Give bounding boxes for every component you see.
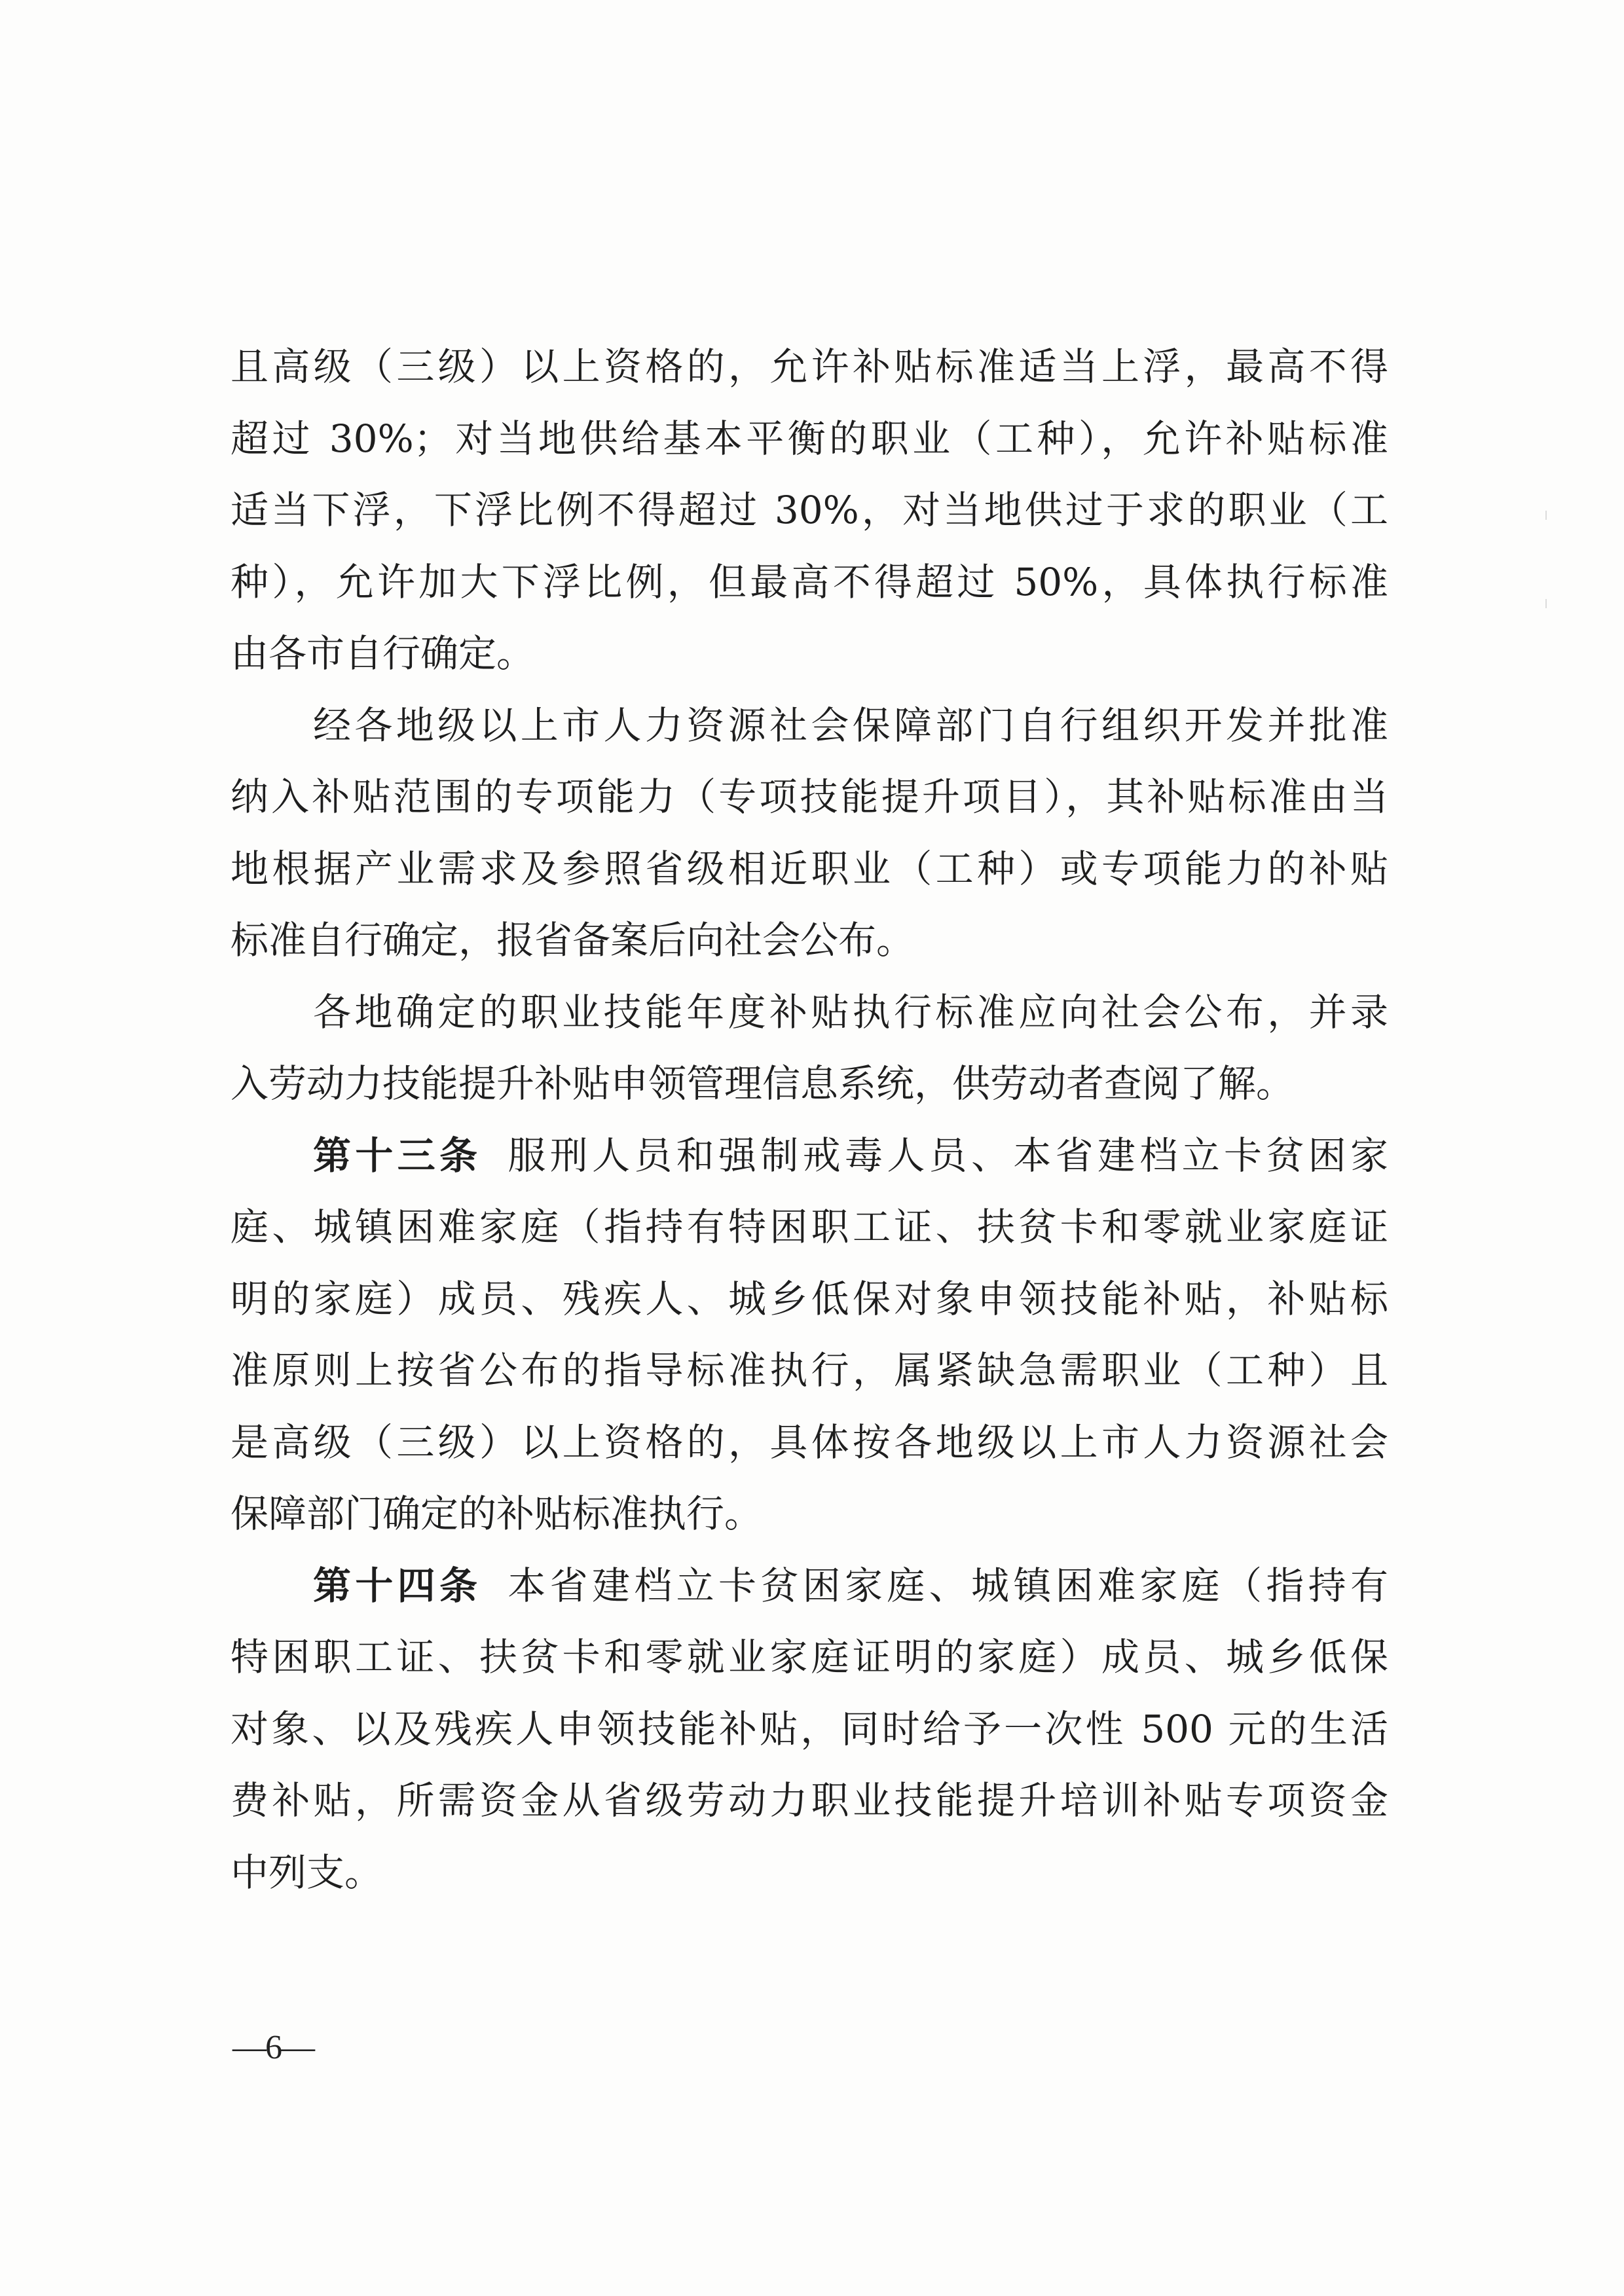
text-line: 各地确定的职业技能年度补贴执行标准应向社会公布，并录 <box>231 986 1388 1058</box>
text-line: 保障部门确定的补贴标准执行。 <box>231 1487 1388 1559</box>
text-line: 标准自行确定，报省备案后向社会公布。 <box>231 914 1388 986</box>
document-page: 且高级（三级）以上资格的，允许补贴标准适当上浮，最高不得 超过 30%；对当地供… <box>0 0 1624 2296</box>
article-13-text: 服刑人员和强制戒毒人员、本省建档立卡贫困家 <box>507 1133 1388 1178</box>
body-text: 且高级（三级）以上资格的，允许补贴标准适当上浮，最高不得 超过 30%；对当地供… <box>231 340 1388 1918</box>
text-line: 适当下浮，下浮比例不得超过 30%，对当地供过于求的职业（工 <box>231 484 1388 556</box>
text-line: 庭、城镇困难家庭（指持有特困职工证、扶贫卡和零就业家庭证 <box>231 1201 1388 1273</box>
page-number: —6— <box>232 2028 314 2067</box>
text-line: 对象、以及残疾人申领技能补贴，同时给予一次性 500 元的生活 <box>231 1703 1388 1775</box>
text-line: 种），允许加大下浮比例，但最高不得超过 50%，具体执行标准 <box>231 556 1388 628</box>
text-line: 超过 30%；对当地供给基本平衡的职业（工种），允许补贴标准 <box>231 412 1388 484</box>
text-line: 经各地级以上市人力资源社会保障部门自行组织开发并批准 <box>231 699 1388 771</box>
text-line: 特困职工证、扶贫卡和零就业家庭证明的家庭）成员、城乡低保 <box>231 1631 1388 1703</box>
text-line: 由各市自行确定。 <box>231 627 1388 699</box>
scan-artifact <box>1545 511 1553 520</box>
text-line: 且高级（三级）以上资格的，允许补贴标准适当上浮，最高不得 <box>231 340 1388 412</box>
article-14-first-line: 第十四条本省建档立卡贫困家庭、城镇困难家庭（指持有 <box>231 1559 1388 1631</box>
text-line: 是高级（三级）以上资格的，具体按各地级以上市人力资源社会 <box>231 1416 1388 1488</box>
text-line: 入劳动力技能提升补贴申领管理信息系统，供劳动者查阅了解。 <box>231 1057 1388 1129</box>
text-line: 明的家庭）成员、残疾人、城乡低保对象申领技能补贴，补贴标 <box>231 1273 1388 1345</box>
article-14-text: 本省建档立卡贫困家庭、城镇困难家庭（指持有 <box>507 1563 1388 1608</box>
article-13-first-line: 第十三条服刑人员和强制戒毒人员、本省建档立卡贫困家 <box>231 1129 1388 1201</box>
article-13-heading: 第十三条 <box>313 1133 481 1178</box>
scan-artifact <box>1545 599 1553 608</box>
text-line: 地根据产业需求及参照省级相近职业（工种）或专项能力的补贴 <box>231 843 1388 915</box>
text-line: 准原则上按省公布的指导标准执行，属紧缺急需职业（工种）且 <box>231 1344 1388 1416</box>
article-14-heading: 第十四条 <box>313 1563 481 1608</box>
text-line: 中列支。 <box>231 1846 1388 1918</box>
text-line: 纳入补贴范围的专项能力（专项技能提升项目），其补贴标准由当 <box>231 771 1388 843</box>
text-line: 费补贴，所需资金从省级劳动力职业技能提升培训补贴专项资金 <box>231 1774 1388 1846</box>
